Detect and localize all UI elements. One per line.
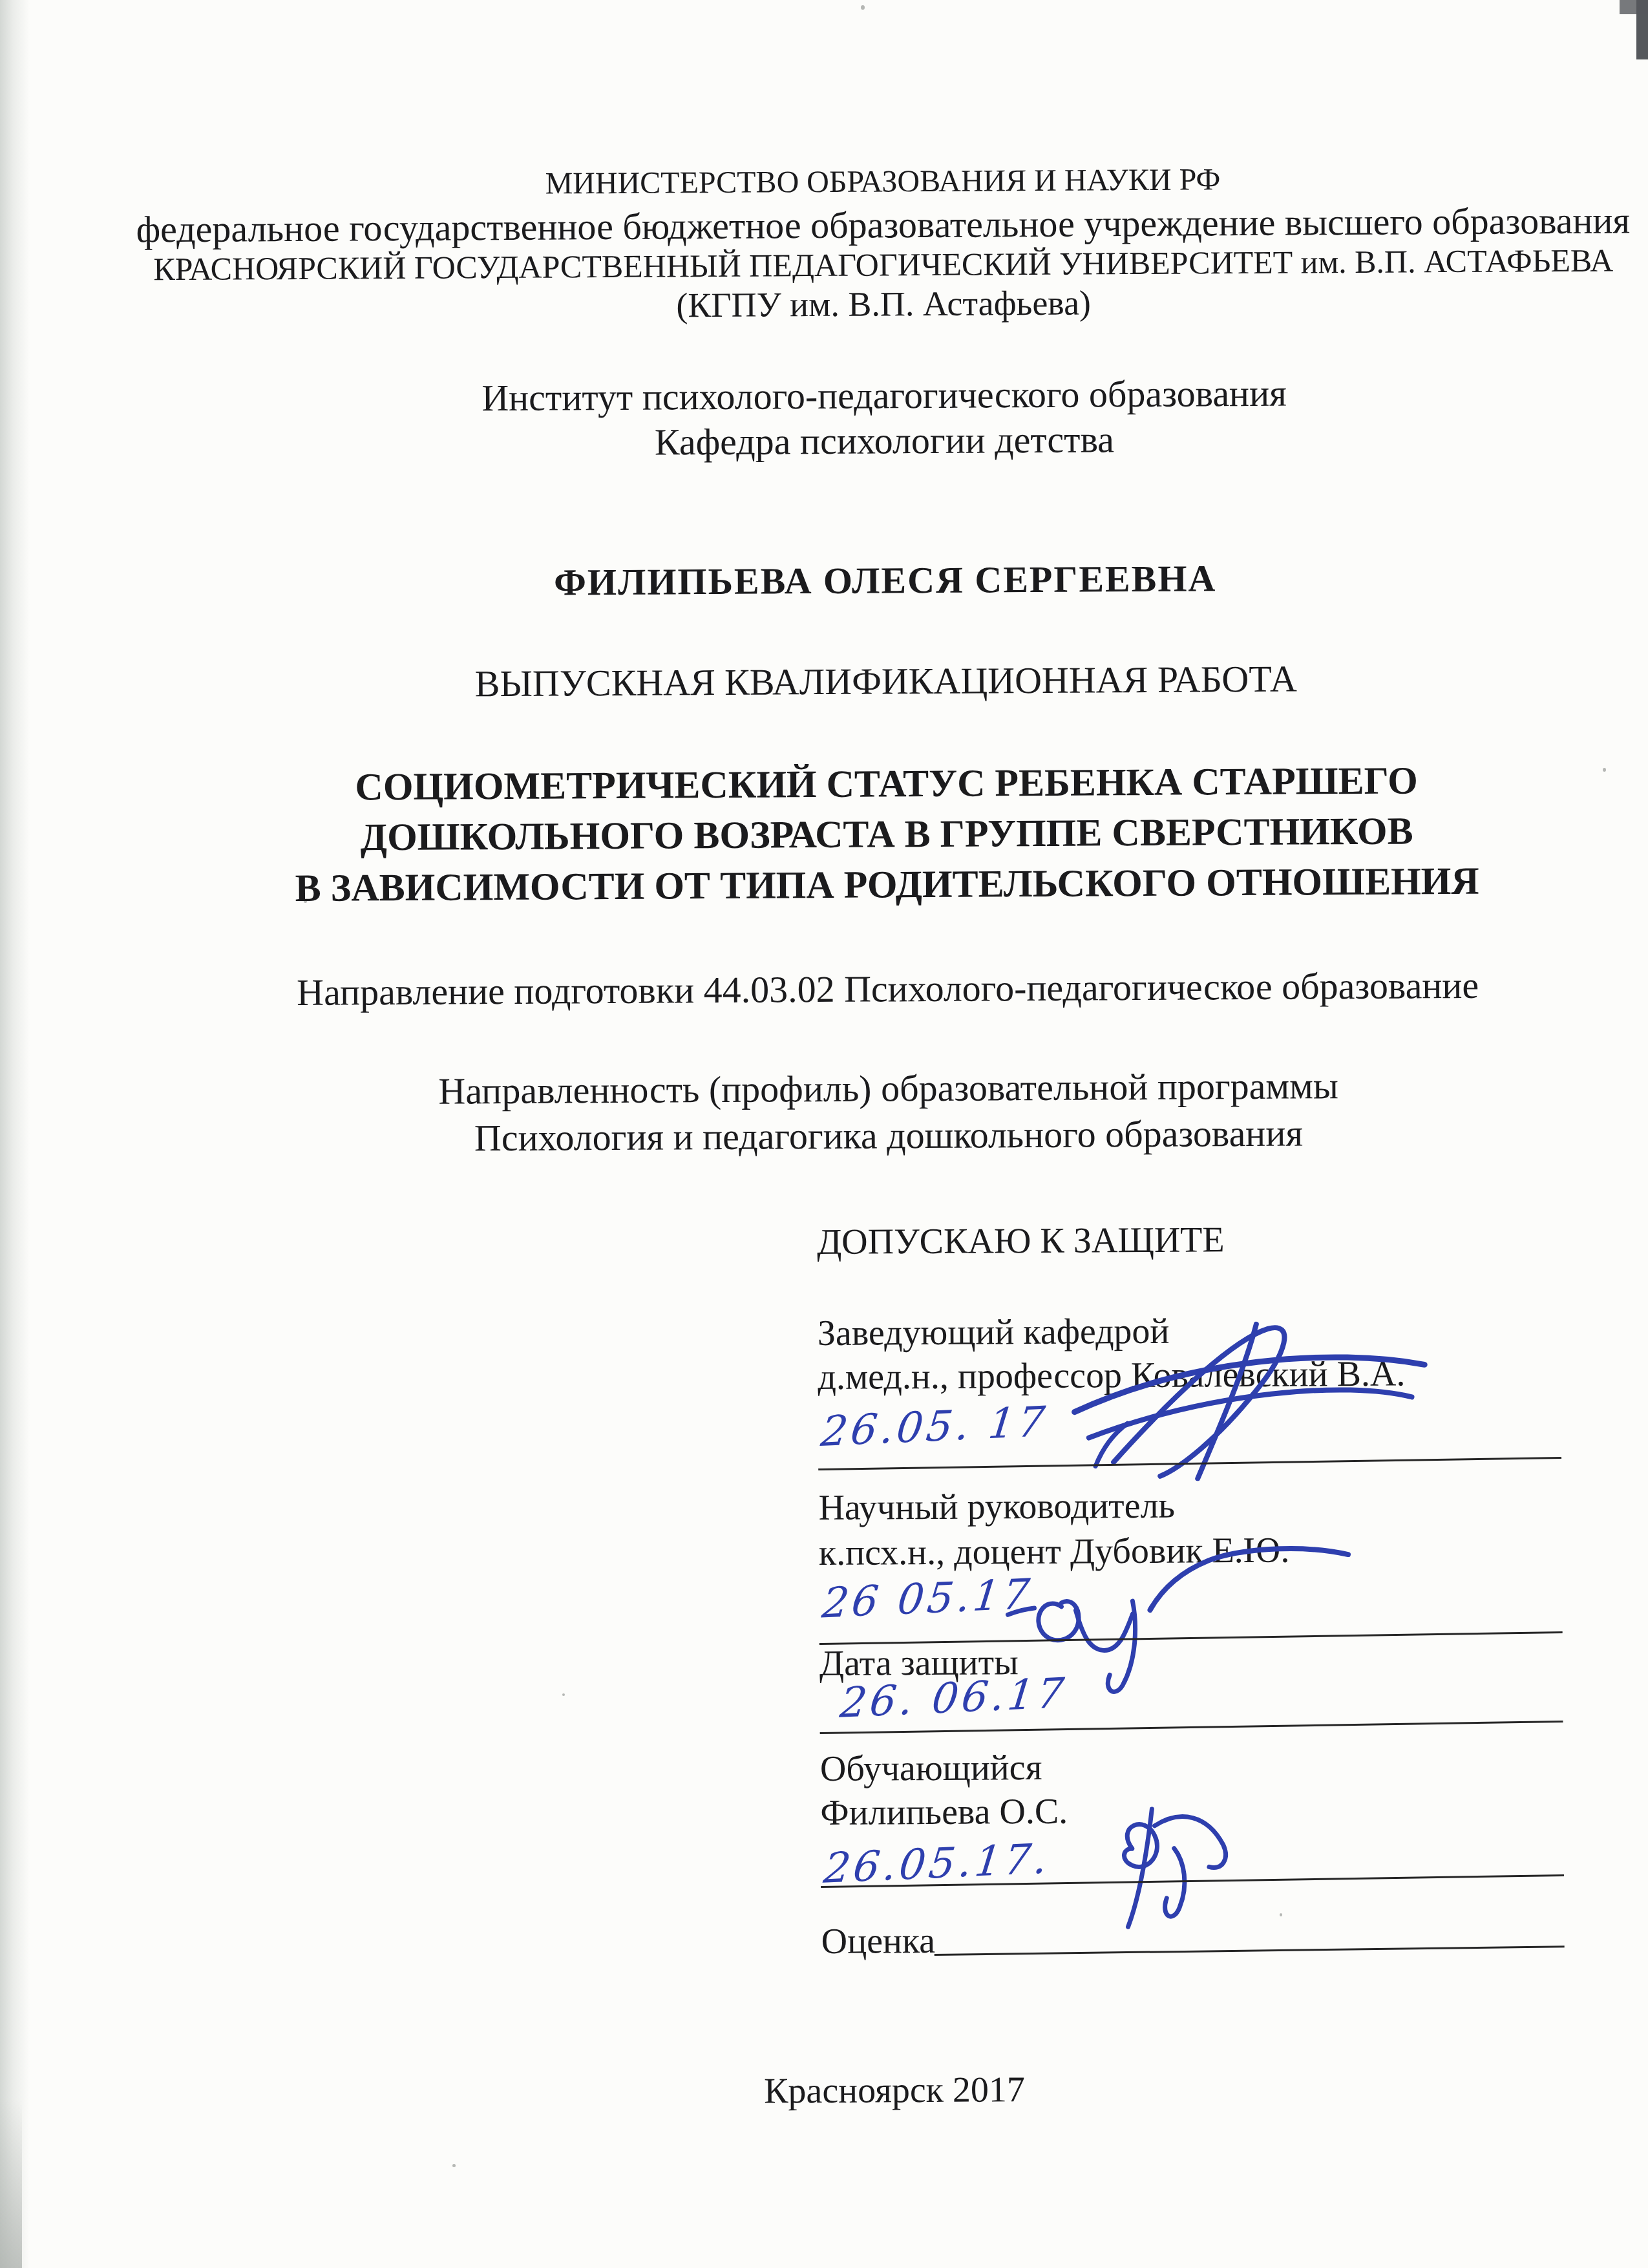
university-abbr-line: (КГПУ им. В.П. Астафьева) (124, 279, 1643, 328)
student-signature (1070, 1786, 1265, 1936)
work-type: ВЫПУСКНАЯ КВАЛИФИКАЦИОННАЯ РАБОТА (127, 655, 1645, 708)
thesis-title-line-2: ДОШКОЛЬНОГО ВОЗРАСТА В ГРУППЕ СВЕРСТНИКО… (127, 804, 1646, 864)
program-line: Направление подготовки 44.03.02 Психолог… (128, 963, 1647, 1015)
author-name: ФИЛИПЬЕВА ОЛЕСЯ СЕРГЕЕВНА (126, 555, 1645, 607)
institute-line: Институт психолого-педагогического образ… (125, 370, 1643, 422)
ministry-line: МИНИСТЕРСТВО ОБРАЗОВАНИЯ И НАУКИ РФ (123, 159, 1642, 204)
defense-date-value: 26. 06.17 (838, 1669, 1069, 1728)
document-page: МИНИСТЕРСТВО ОБРАЗОВАНИЯ И НАУКИ РФ феде… (0, 0, 1648, 2268)
grade-line (935, 1945, 1565, 1956)
thesis-title-line-1: СОЦИОМЕТРИЧЕСКИЙ СТАТУС РЕБЕНКА СТАРШЕГО (127, 754, 1645, 813)
admit-to-defense-label: ДОПУСКАЮ К ЗАЩИТЕ (817, 1219, 1225, 1263)
head-signature (997, 1311, 1450, 1482)
city-year-line: Красноярск 2017 (135, 2065, 1648, 2116)
supervisor-label: Научный руководитель (818, 1485, 1175, 1529)
page-content: МИНИСТЕРСТВО ОБРАЗОВАНИЯ И НАУКИ РФ феде… (0, 0, 1648, 2268)
grade-label: Оценка (821, 1920, 935, 1962)
profile-label: Направленность (профиль) образовательной… (129, 1063, 1647, 1115)
student-label: Обучающийся (820, 1747, 1042, 1790)
thesis-title: СОЦИОМЕТРИЧЕСКИЙ СТАТУС РЕБЕНКА СТАРШЕГО… (127, 754, 1646, 914)
student-name: Филипьева О.С. (820, 1791, 1068, 1834)
thesis-title-line-3: В ЗАВИСИМОСТИ ОТ ТИПА РОДИТЕЛЬСКОГО ОТНО… (127, 854, 1646, 914)
profile-value: Психология и педагогика дошкольного обра… (129, 1110, 1648, 1162)
department-line: Кафедра психологии детства (125, 415, 1643, 467)
